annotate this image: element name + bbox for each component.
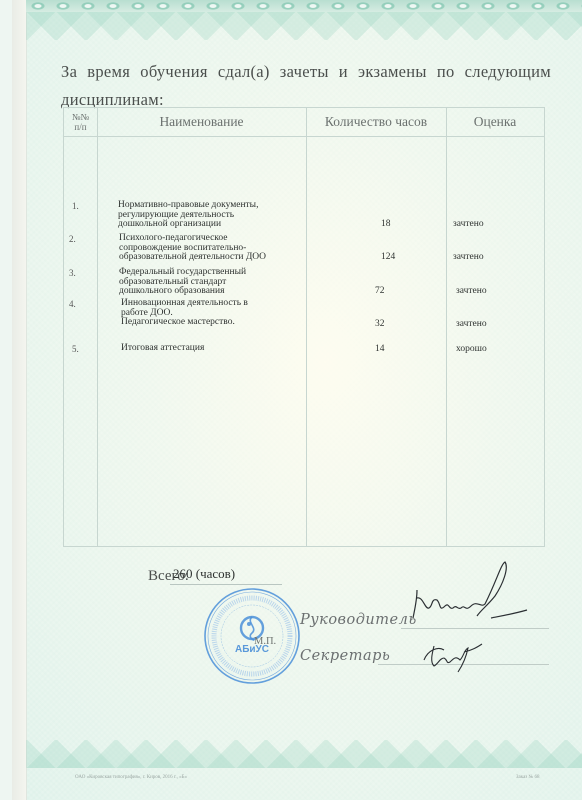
head-signature-label: Руководитель	[300, 612, 417, 628]
row-discipline: Федеральный государственный образователь…	[119, 268, 246, 297]
row-grade: зачтено	[456, 286, 487, 296]
row-number: 4.	[69, 299, 76, 309]
page-edge	[12, 0, 27, 800]
seal-mark: М.П.	[254, 636, 276, 647]
security-pattern-top	[26, 12, 582, 40]
header-grade: Оценка	[446, 108, 544, 136]
row-discipline: Итоговая аттестация	[121, 344, 204, 354]
row-grade: зачтено	[453, 252, 484, 262]
disciplines-table: №№ п/п Наименование Количество часов Оце…	[63, 107, 545, 547]
security-pattern-bottom	[26, 740, 582, 768]
organization-stamp: АБиУС	[202, 586, 302, 686]
order-number: Заказ № 68	[516, 775, 540, 780]
total-underline	[170, 584, 282, 585]
row-grade: хорошо	[456, 344, 487, 354]
security-border-top	[26, 0, 582, 12]
row-grade: зачтено	[453, 219, 484, 229]
column-divider	[97, 108, 98, 546]
secretary-signature-icon	[420, 636, 520, 676]
header-hours: Количество часов	[306, 108, 446, 136]
stamp-seal-icon: АБиУС	[202, 586, 302, 686]
head-signature-icon	[405, 560, 545, 640]
row-discipline: Инновационная деятельность в работе ДОО.…	[121, 299, 248, 328]
row-number: 3.	[69, 268, 76, 278]
row-grade: зачтено	[456, 319, 487, 329]
row-hours: 32	[375, 319, 385, 329]
row-discipline: Нормативно-правовые документы, регулирую…	[118, 201, 258, 230]
header-divider	[64, 136, 544, 137]
row-number: 1.	[72, 201, 79, 211]
row-hours: 14	[375, 344, 385, 354]
total-hours: 260 (часов)	[173, 566, 235, 582]
row-number: 5.	[72, 344, 79, 354]
header-number-line2: п/п	[74, 122, 86, 132]
header-name: Наименование	[97, 108, 306, 136]
row-hours: 72	[375, 286, 385, 296]
page-heading: За время обучения сдал(а) зачеты и экзам…	[61, 58, 551, 114]
header-number-line1: №№	[72, 112, 89, 122]
row-discipline: Психолого-педагогическое сопровождение в…	[119, 234, 266, 263]
row-number: 2.	[69, 234, 76, 244]
row-hours: 124	[381, 252, 395, 262]
column-divider	[306, 108, 307, 546]
column-divider	[446, 108, 447, 546]
row-hours: 18	[381, 219, 391, 229]
printer-imprint: ОАО «Кировская типография», г. Киров, 20…	[75, 775, 187, 780]
header-number: №№ п/п	[64, 108, 97, 136]
secretary-signature-label: Секретарь	[300, 648, 390, 664]
